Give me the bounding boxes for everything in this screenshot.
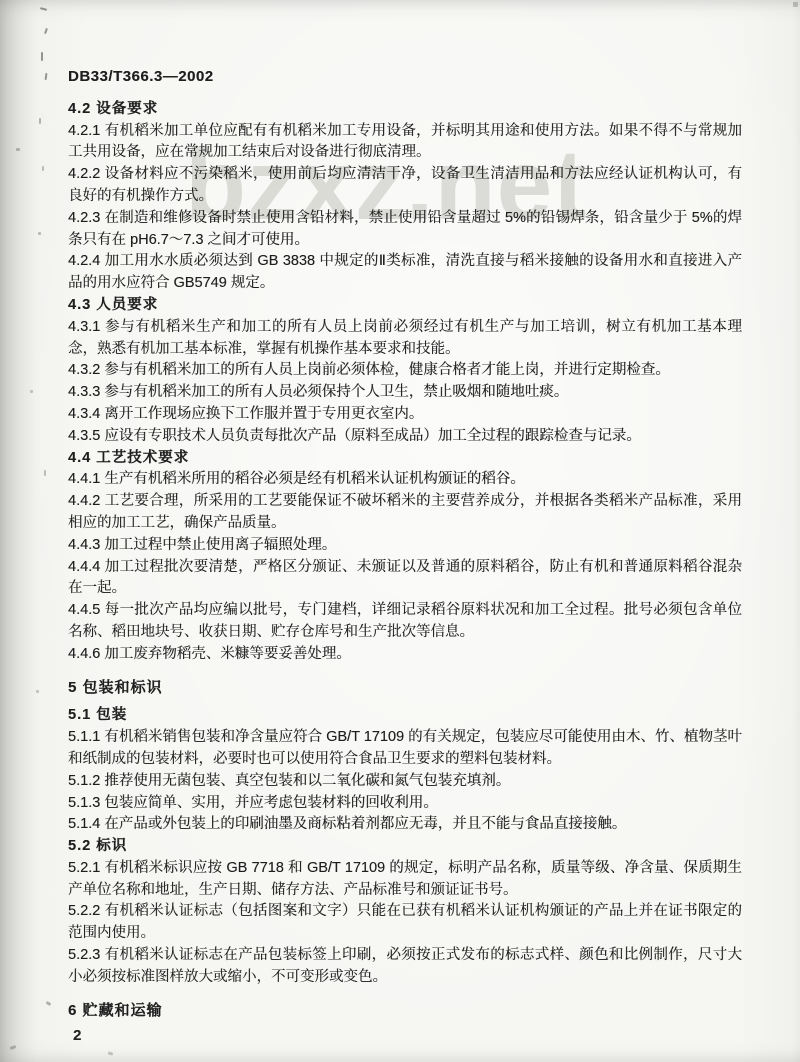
paragraph: 4.4.1 生产有机稻米所用的稻谷必须是经有机稻米认证机构颁证的稻谷。 [68, 469, 742, 491]
paragraph: 4.2.4 加工用水水质必须达到 GB 3838 中规定的Ⅱ类标准，清洗直接与稻… [68, 251, 742, 295]
paragraph: 4.2.2 设备材料应不污染稻米，使用前后均应清洁干净，设备卫生清洁用品和方法应… [68, 164, 742, 208]
paragraph: 5.1.2 推荐使用无菌包装、真空包装和以二氧化碳和氮气包装充填剂。 [68, 771, 742, 793]
paragraph: 4.3.2 参与有机稻米加工的所有人员上岗前必须体检，健康合格者才能上岗，并进行… [68, 360, 742, 382]
paragraph: 5.1.3 包装应简单、实用，并应考虑包装材料的回收利用。 [68, 793, 742, 815]
scan-artifacts [0, 0, 1, 1]
paragraph: 4.3.4 离开工作现场应换下工作服并置于专用更衣室内。 [68, 404, 742, 426]
chapter-heading: 6 贮藏和运输 [68, 1000, 742, 1022]
section-heading: 4.4 工艺技术要求 [68, 448, 742, 470]
paragraph: 5.1.1 有机稻米销售包装和净含量应符合 GB/T 17109 的有关规定，包… [68, 727, 742, 771]
section-heading: 4.2 设备要求 [68, 99, 742, 121]
paragraph: 5.1.4 在产品或外包装上的印刷油墨及商标粘着剂都应无毒，并且不能与食品直接接… [68, 814, 742, 836]
paragraph: 4.3.1 参与有机稻米生产和加工的所有人员上岗前必须经过有机生产与加工培训，树… [68, 317, 742, 361]
section-heading: 4.3 人员要求 [68, 295, 742, 317]
chapter-heading: 5 包装和标识 [68, 677, 742, 699]
section-heading: 5.1 包装 [68, 705, 742, 727]
paragraph: 4.4.5 每一批次产品均应编以批号，专门建档，详细记录稻谷原料状况和加工全过程… [68, 600, 742, 644]
paragraph: 5.2.2 有机稻米认证标志（包括图案和文字）只能在已获有机稻米认证机构颁证的产… [68, 901, 742, 945]
paragraph: 5.2.1 有机稻米标识应按 GB 7718 和 GB/T 17109 的规定，… [68, 858, 742, 902]
paragraph: 4.4.6 加工废弃物稻壳、米糠等要妥善处理。 [68, 644, 742, 666]
paragraph: 5.2.3 有机稻米认证标志在产品包装标签上印刷，必须按正式发布的标志式样、颜色… [68, 945, 742, 989]
paragraph: 4.4.4 加工过程批次要清楚，严格区分颁证、未颁证以及普通的原料稻谷，防止有机… [68, 557, 742, 601]
paragraph: 4.2.3 在制造和维修设备时禁止使用含铅材料，禁止使用铅含量超过 5%的铅锡焊… [68, 208, 742, 252]
paragraph: 4.4.3 加工过程中禁止使用离子辐照处理。 [68, 535, 742, 557]
paragraph: 4.3.3 参与有机稻米加工的所有人员必须保持个人卫生，禁止吸烟和随地吐痰。 [68, 382, 742, 404]
section-heading: 5.2 标识 [68, 836, 742, 858]
scanned-document-page: bzxz.net DB33/T366.3—2002 4.2 设备要求 4.2.1… [0, 0, 800, 1062]
page-number: 2 [73, 1027, 81, 1044]
standard-number: DB33/T366.3—2002 [68, 66, 742, 88]
paragraph: 4.2.1 有机稻米加工单位应配有有机稻米加工专用设备，并标明其用途和使用方法。… [68, 121, 742, 165]
document-body: DB33/T366.3—2002 4.2 设备要求 4.2.1 有机稻米加工单位… [68, 66, 742, 1028]
paragraph: 4.3.5 应设有专职技术人员负责每批次产品（原料至成品）加工全过程的跟踪检查与… [68, 426, 742, 448]
paragraph: 4.4.2 工艺要合理，所采用的工艺要能保证不破坏稻米的主要营养成分，并根据各类… [68, 491, 742, 535]
